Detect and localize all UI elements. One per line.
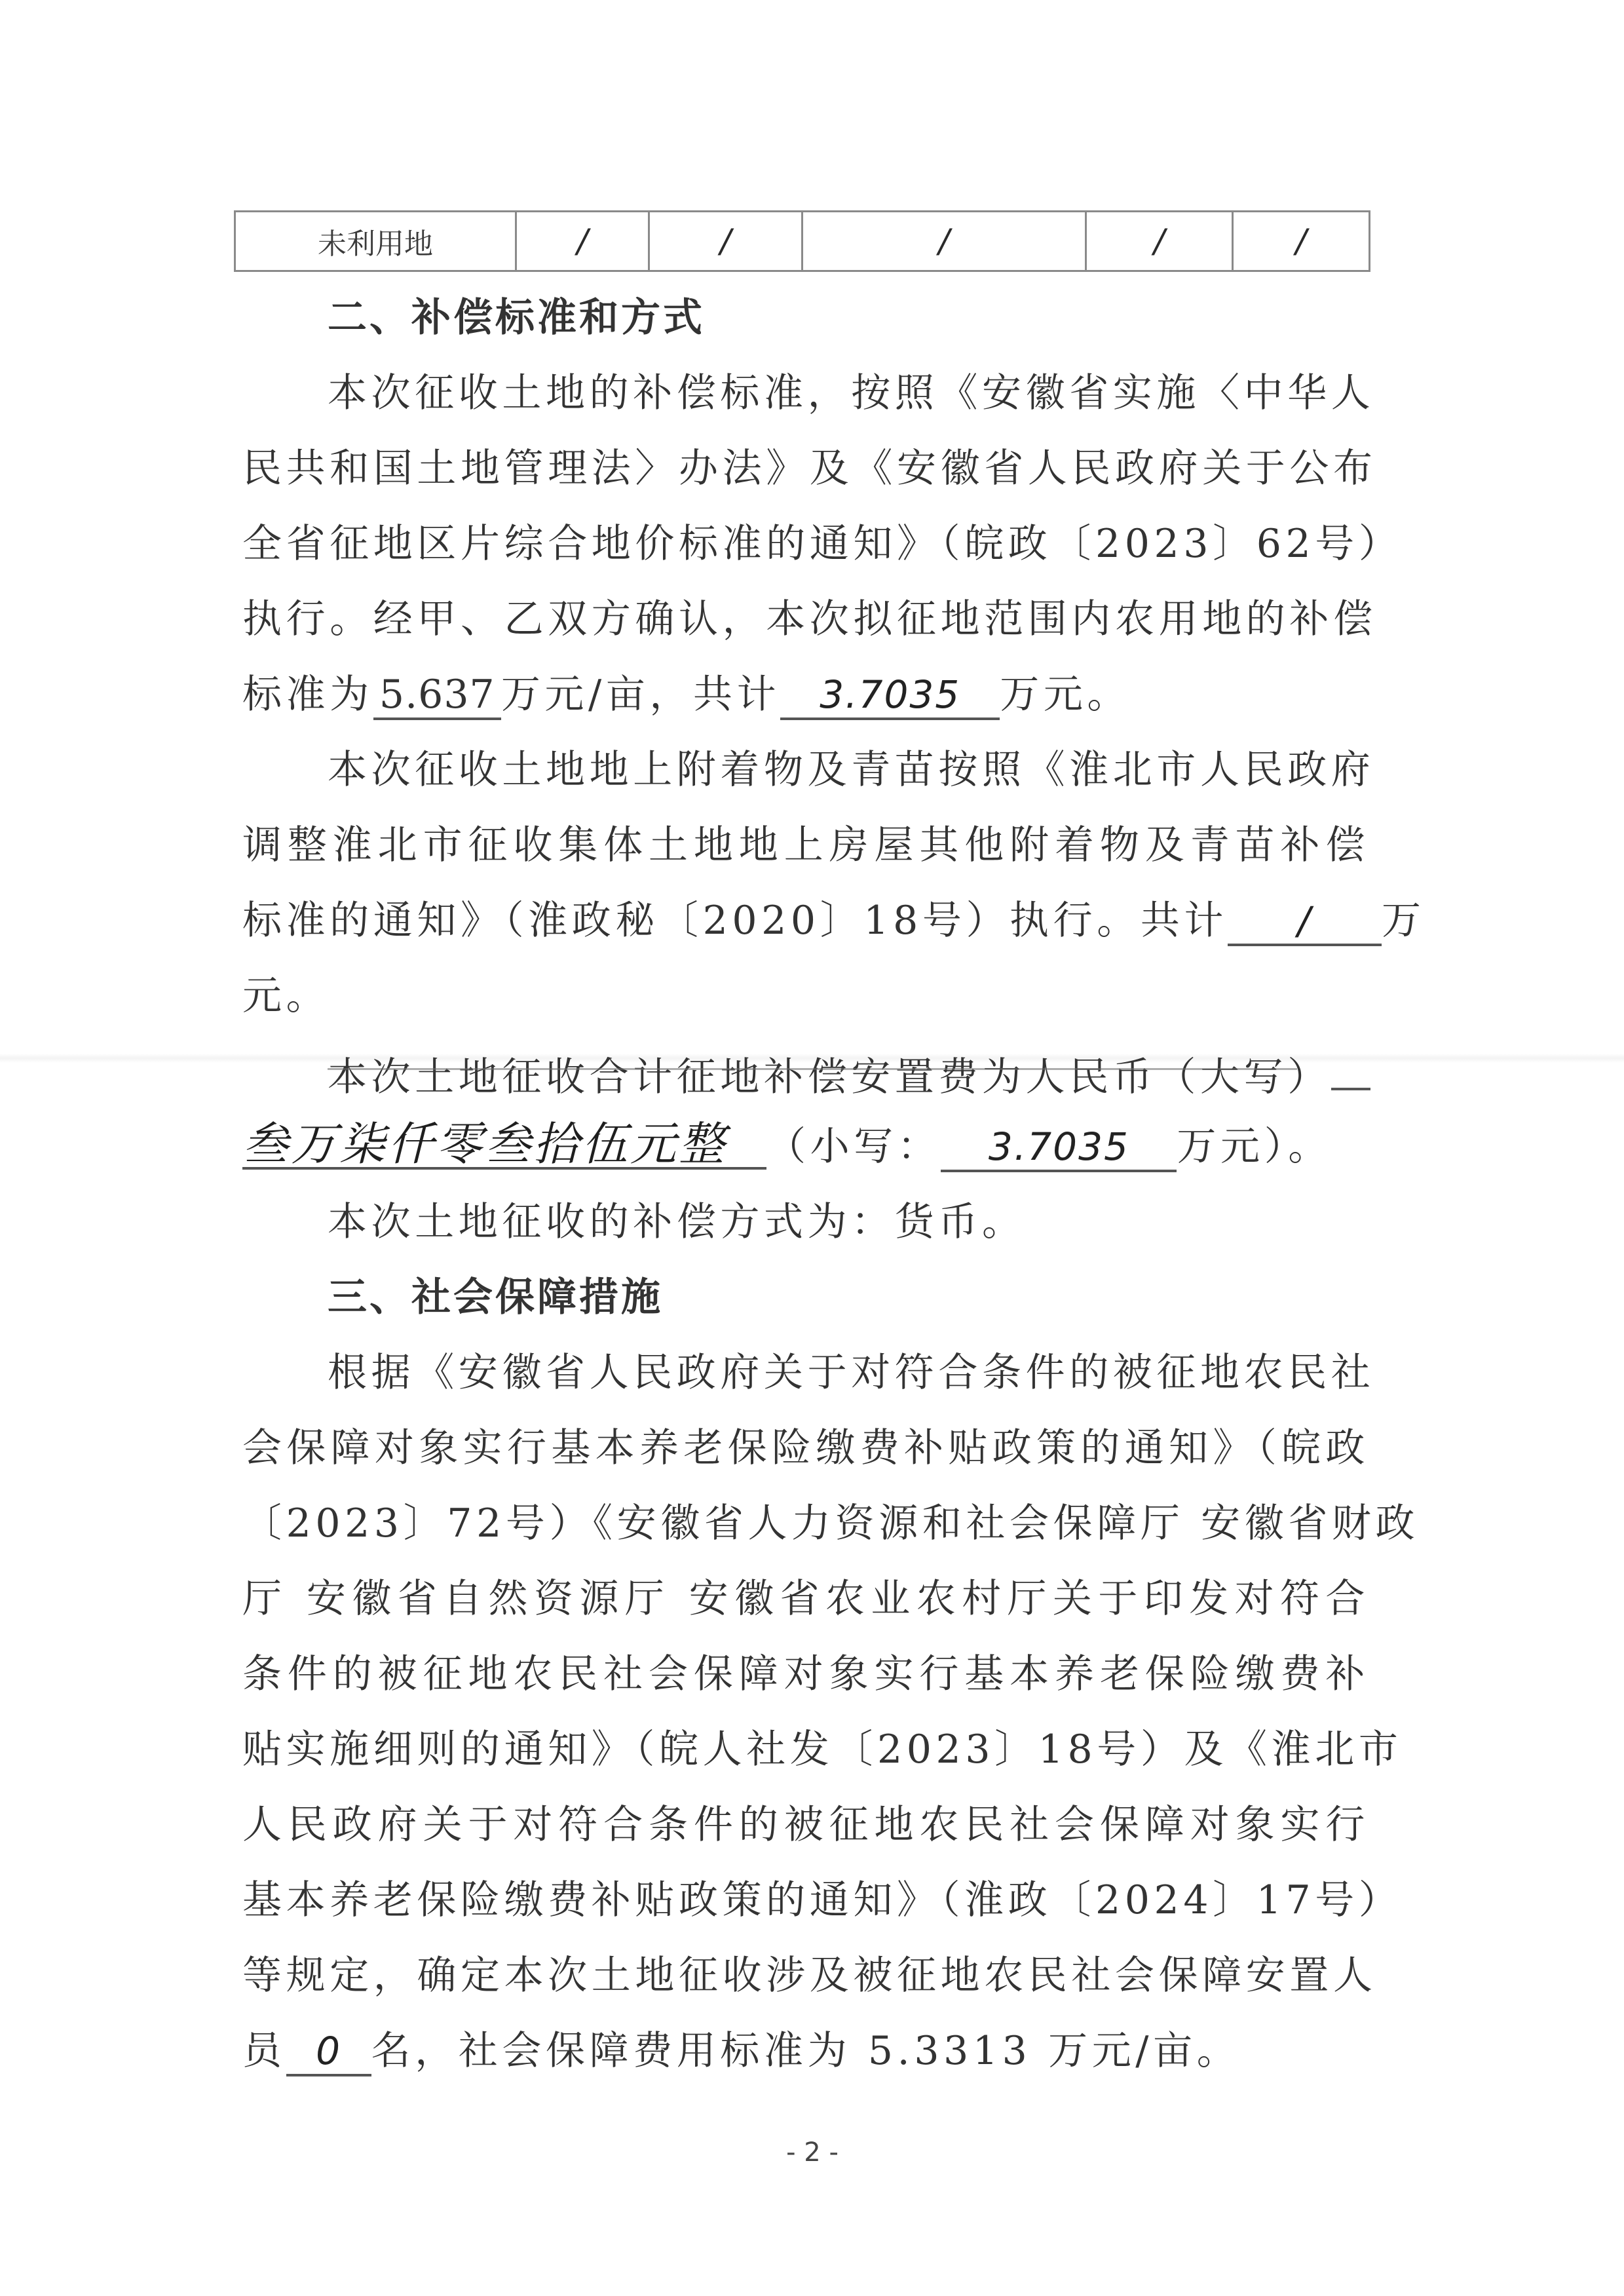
page-number: - 2 - [747,2137,878,2168]
text: 万 [1382,898,1426,944]
handwritten-attachments-field: / [1228,891,1382,946]
text: 名，社会保障费用标准为 5.3313 万元/亩。 [371,2028,1241,2074]
paragraph-line-resettlement: 员0名，社会保障费用标准为 5.3313 万元/亩。 [242,2015,1369,2087]
land-category-table: 未利用地 / / / / / [234,210,1370,272]
paragraph-line: 厅 安徽省自然资源厅 安徽省农业农村厅关于印发对符合 [242,1563,1369,1635]
document-page: 未利用地 / / / / / 二、补偿标准和方式 本次征收土地的补偿标准，按照《… [0,0,1624,2296]
paragraph-line: 执行。经甲、乙双方确认，本次拟征地范围内农用地的补偿 [242,583,1369,655]
table-cell: / [803,212,1086,271]
paragraph-line: 根据《安徽省人民政府关于对符合条件的被征地农民社 [328,1337,1369,1409]
paragraph-line: 条件的被征地农民社会保障对象实行基本养老保险缴费补 [242,1638,1369,1710]
paragraph-line: 会保障对象实行基本养老保险缴费补贴政策的通知》（皖政 [242,1412,1369,1484]
paragraph-line-payment-method: 本次土地征收的补偿方式为：货币。 [328,1186,1369,1258]
handwritten-total-field: 3.7035 [780,665,1000,720]
text: 本次土地征收合计征地补偿安置费为人民币（大写） [328,1054,1331,1100]
section-heading-compensation: 二、补偿标准和方式 [328,282,1369,354]
text: 万元）。 [1177,1124,1331,1170]
text: 万元。 [1000,672,1131,717]
capital-amount-field-start [1331,1035,1370,1090]
handwritten-capital-amount: 叁万柒仟零叁拾伍元整 [242,1115,766,1170]
handwritten-person-count: 0 [286,2021,371,2076]
table-cell: / [649,212,803,271]
paragraph-line: 人民政府关于对符合条件的被征地农民社会保障对象实行 [242,1789,1369,1861]
paragraph-line-total-capital: 本次土地征收合计征地补偿安置费为人民币（大写） [328,1035,1369,1107]
paragraph-line-standard: 标准为5.637万元/亩，共计3.7035万元。 [242,659,1369,731]
paragraph-line: 〔2023〕72号）《安徽省人力资源和社会保障厅 安徽省财政 [242,1487,1369,1559]
section-heading-social-security: 三、社会保障措施 [328,1261,1369,1333]
text: 员 [242,2028,286,2074]
paragraph-line: 等规定，确定本次土地征收涉及被征地农民社会保障安置人 [242,1940,1369,2012]
handwritten-numeric-amount: 3.7035 [941,1117,1177,1172]
table-row-unused-land: 未利用地 / / / / / [235,212,1370,271]
text: 标准为 [242,672,373,717]
scan-artifact-line [328,1068,1297,1070]
paragraph-line: 基本养老保险缴费补贴政策的通知》（淮政〔2024〕17号） [242,1864,1369,1936]
text: 万元/亩，共计 [501,672,780,717]
paragraph-line: 调整淮北市征收集体土地地上房屋其他附着物及青苗补偿 [242,809,1369,881]
paragraph-line: 民共和国土地管理法〉办法》及《安徽省人民政府关于公布 [242,432,1369,505]
text: （小写： [766,1124,941,1170]
paragraph-line: 贴实施细则的通知》（皖人社发〔2023〕18号）及《淮北市 [242,1713,1369,1786]
table-cell-land-type: 未利用地 [235,212,516,271]
paragraph-line-amounts: 叁万柒仟零叁拾伍元整（小写：3.7035万元）。 [242,1111,1369,1183]
text: 标准的通知》（淮政秘〔2020〕18号）执行。共计 [242,898,1228,944]
paragraph-line-attachments: 标准的通知》（淮政秘〔2020〕18号）执行。共计/万 [242,885,1369,957]
paragraph-line: 本次征收土地地上附着物及青苗按照《淮北市人民政府 [328,734,1369,806]
table-cell: / [1233,212,1370,271]
table-cell: / [516,212,649,271]
standard-rate-field: 5.637 [373,665,501,720]
table-cell: / [1086,212,1233,271]
paragraph-line: 本次征收土地的补偿标准，按照《安徽省实施〈中华人 [328,357,1369,429]
paragraph-line: 元。 [242,960,1369,1032]
paragraph-line: 全省征地区片综合地价标准的通知》（皖政〔2023〕62号） [242,508,1369,580]
